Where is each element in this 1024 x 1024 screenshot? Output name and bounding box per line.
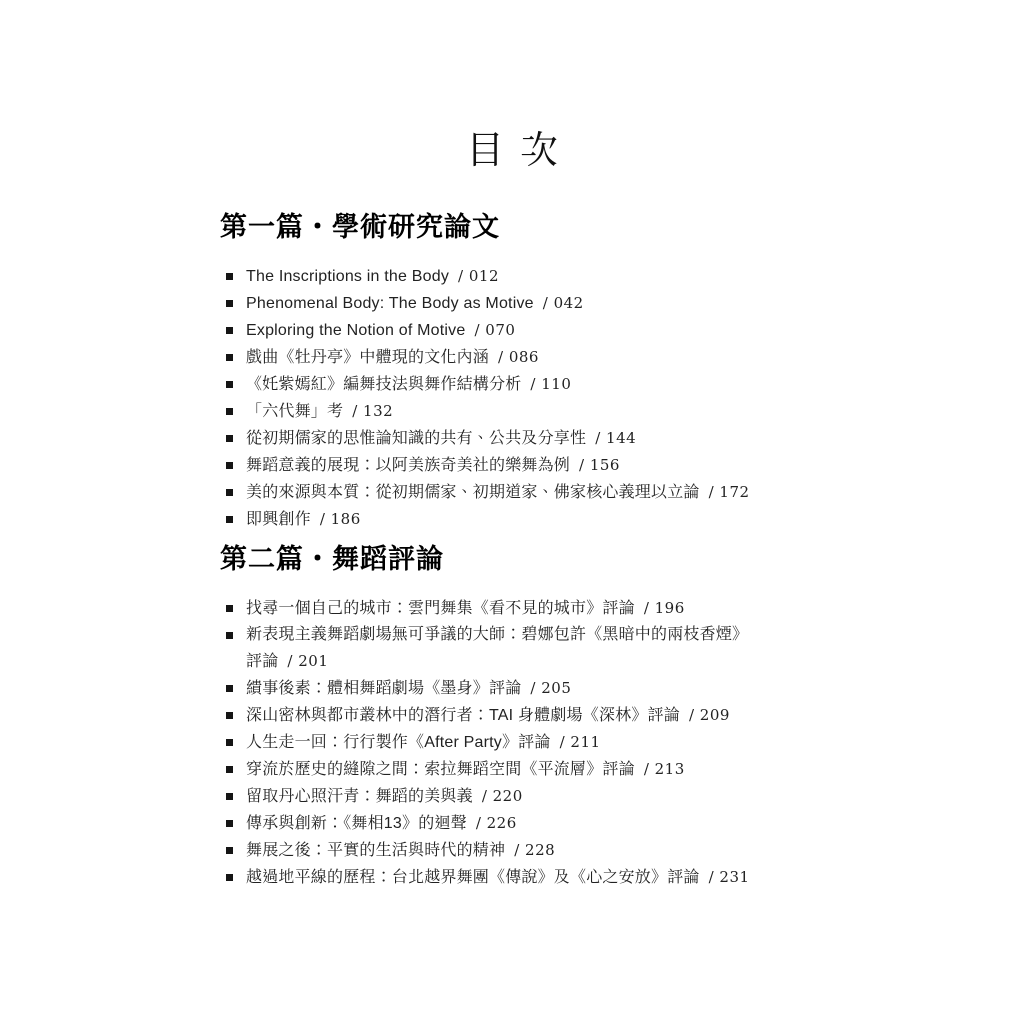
toc-item: 《奼紫嫣紅》編舞技法與舞作結構分析/ 110 <box>220 371 792 398</box>
toc-item-page: / 012 <box>458 267 499 285</box>
bullet-square-icon <box>226 712 233 719</box>
toc-item: 美的來源與本質：從初期儒家、初期道家、佛家核心義理以立論/ 172 <box>220 479 792 506</box>
toc-item-page: / 220 <box>482 787 523 805</box>
toc-item: 即興創作/ 186 <box>220 506 792 533</box>
toc-item-page: / 172 <box>709 483 750 501</box>
toc-item: 留取丹心照汗青：舞蹈的美與義/ 220 <box>220 783 792 810</box>
toc-item-page: / 196 <box>644 599 685 617</box>
toc-item-page: / 086 <box>498 348 539 366</box>
toc-item: 找尋一個自己的城市：雲門舞集《看不見的城市》評論/ 196 <box>220 595 792 622</box>
bullet-square-icon <box>226 605 233 612</box>
toc-item-title: Exploring the Notion of Motive/ 070 <box>246 317 515 344</box>
toc-item: 越過地平線的歷程：台北越界舞團《傳說》及《心之安放》評論/ 231 <box>220 864 792 891</box>
toc-item-title: 找尋一個自己的城市：雲門舞集《看不見的城市》評論/ 196 <box>246 595 685 622</box>
toc-item-title: 傳承與創新：《舞相13》的迴聲/ 226 <box>246 810 517 837</box>
toc-item-page: / 186 <box>320 510 361 528</box>
toc-item-page: / 156 <box>579 456 620 474</box>
toc-item-title: Phenomenal Body: The Body as Motive/ 042 <box>246 290 584 317</box>
bullet-square-icon <box>226 408 233 415</box>
bullet-square-icon <box>226 847 233 854</box>
toc-item: The Inscriptions in the Body/ 012 <box>220 263 792 290</box>
bullet-square-icon <box>226 766 233 773</box>
bullet-square-icon <box>226 354 233 361</box>
toc-list: The Inscriptions in the Body/ 012Phenome… <box>220 263 792 533</box>
bullet-square-icon <box>226 874 233 881</box>
toc-item-page: / 144 <box>595 429 636 447</box>
bullet-square-icon <box>226 273 233 280</box>
page-title: 目次 <box>0 128 1024 172</box>
bullet-square-icon <box>226 327 233 334</box>
toc-item-page: / 070 <box>474 321 515 339</box>
bullet-square-icon <box>226 381 233 388</box>
toc-item: 從初期儒家的思惟論知識的共有、公共及分享性/ 144 <box>220 425 792 452</box>
toc-item-title: 「六代舞」考/ 132 <box>246 398 393 425</box>
bullet-square-icon <box>226 685 233 692</box>
bullet-square-icon <box>226 516 233 523</box>
toc-item: 新表現主義舞蹈劇場無可爭議的大師：碧娜包許《黑暗中的兩枝香煙》評論/ 201 <box>220 622 792 675</box>
toc-item-page: / 110 <box>530 375 571 393</box>
toc-item-title: 留取丹心照汗青：舞蹈的美與義/ 220 <box>246 783 523 810</box>
toc-item: 舞展之後：平實的生活與時代的精神/ 228 <box>220 837 792 864</box>
toc-item: Exploring the Notion of Motive/ 070 <box>220 317 792 344</box>
bullet-square-icon <box>226 820 233 827</box>
toc-item: 戲曲《牡丹亭》中體現的文化內涵/ 086 <box>220 344 792 371</box>
toc-item-page: / 226 <box>476 814 517 832</box>
bullet-square-icon <box>226 300 233 307</box>
toc-item-page: / 042 <box>543 294 584 312</box>
toc-section-academic-papers: 第一篇・學術研究論文 The Inscriptions in the Body/… <box>220 211 792 533</box>
toc-item-title: 繢事後素：體相舞蹈劇場《墨身》評論/ 205 <box>246 675 571 702</box>
toc-item-title: 穿流於歷史的縫隙之間：索拉舞蹈空間《平流層》評論/ 213 <box>246 756 685 783</box>
toc-item-page: / 209 <box>689 706 730 724</box>
toc-item-page: / 211 <box>560 733 601 751</box>
bullet-square-icon <box>226 739 233 746</box>
toc-item: 人生走一回：行行製作《After Party》評論/ 211 <box>220 729 792 756</box>
toc-item-page: / 205 <box>530 679 571 697</box>
book-toc-page: 目次 第一篇・學術研究論文 The Inscriptions in the Bo… <box>0 0 1024 1024</box>
bullet-square-icon <box>226 435 233 442</box>
toc-item-page: / 132 <box>352 402 393 420</box>
toc-section-dance-criticism: 第二篇・舞蹈評論 找尋一個自己的城市：雲門舞集《看不見的城市》評論/ 196新表… <box>220 543 792 891</box>
toc-item-title: 舞蹈意義的展現：以阿美族奇美社的樂舞為例/ 156 <box>246 452 620 479</box>
toc-item-page: / 201 <box>287 652 328 670</box>
toc-item-title: 從初期儒家的思惟論知識的共有、公共及分享性/ 144 <box>246 425 636 452</box>
toc-item-title: 越過地平線的歷程：台北越界舞團《傳說》及《心之安放》評論/ 231 <box>246 864 750 891</box>
toc-item: 深山密林與都市叢林中的潛行者：TAI 身體劇場《深林》評論/ 209 <box>220 702 792 729</box>
toc-item-title: 深山密林與都市叢林中的潛行者：TAI 身體劇場《深林》評論/ 209 <box>246 702 730 729</box>
toc-item-title: The Inscriptions in the Body/ 012 <box>246 263 499 290</box>
toc-item-title: 即興創作/ 186 <box>246 506 361 533</box>
toc-item: 穿流於歷史的縫隙之間：索拉舞蹈空間《平流層》評論/ 213 <box>220 756 792 783</box>
toc-item-page: / 231 <box>709 868 750 886</box>
section-heading: 第一篇・學術研究論文 <box>220 211 792 244</box>
bullet-square-icon <box>226 632 233 639</box>
bullet-square-icon <box>226 489 233 496</box>
toc-item-page: / 228 <box>514 841 555 859</box>
toc-item-title: 舞展之後：平實的生活與時代的精神/ 228 <box>246 837 555 864</box>
toc-item-title: 新表現主義舞蹈劇場無可爭議的大師：碧娜包許《黑暗中的兩枝香煙》評論/ 201 <box>246 622 748 675</box>
toc-item: 「六代舞」考/ 132 <box>220 398 792 425</box>
toc-item: 舞蹈意義的展現：以阿美族奇美社的樂舞為例/ 156 <box>220 452 792 479</box>
bullet-square-icon <box>226 793 233 800</box>
toc-item-title: 人生走一回：行行製作《After Party》評論/ 211 <box>246 729 601 756</box>
toc-item-title: 《奼紫嫣紅》編舞技法與舞作結構分析/ 110 <box>246 371 571 398</box>
toc-item-title: 戲曲《牡丹亭》中體現的文化內涵/ 086 <box>246 344 539 371</box>
section-heading: 第二篇・舞蹈評論 <box>220 543 792 576</box>
toc-item-title: 美的來源與本質：從初期儒家、初期道家、佛家核心義理以立論/ 172 <box>246 479 750 506</box>
toc-item: 傳承與創新：《舞相13》的迴聲/ 226 <box>220 810 792 837</box>
toc-item: Phenomenal Body: The Body as Motive/ 042 <box>220 290 792 317</box>
bullet-square-icon <box>226 462 233 469</box>
toc-list: 找尋一個自己的城市：雲門舞集《看不見的城市》評論/ 196新表現主義舞蹈劇場無可… <box>220 595 792 891</box>
toc-item: 繢事後素：體相舞蹈劇場《墨身》評論/ 205 <box>220 675 792 702</box>
toc-item-page: / 213 <box>644 760 685 778</box>
